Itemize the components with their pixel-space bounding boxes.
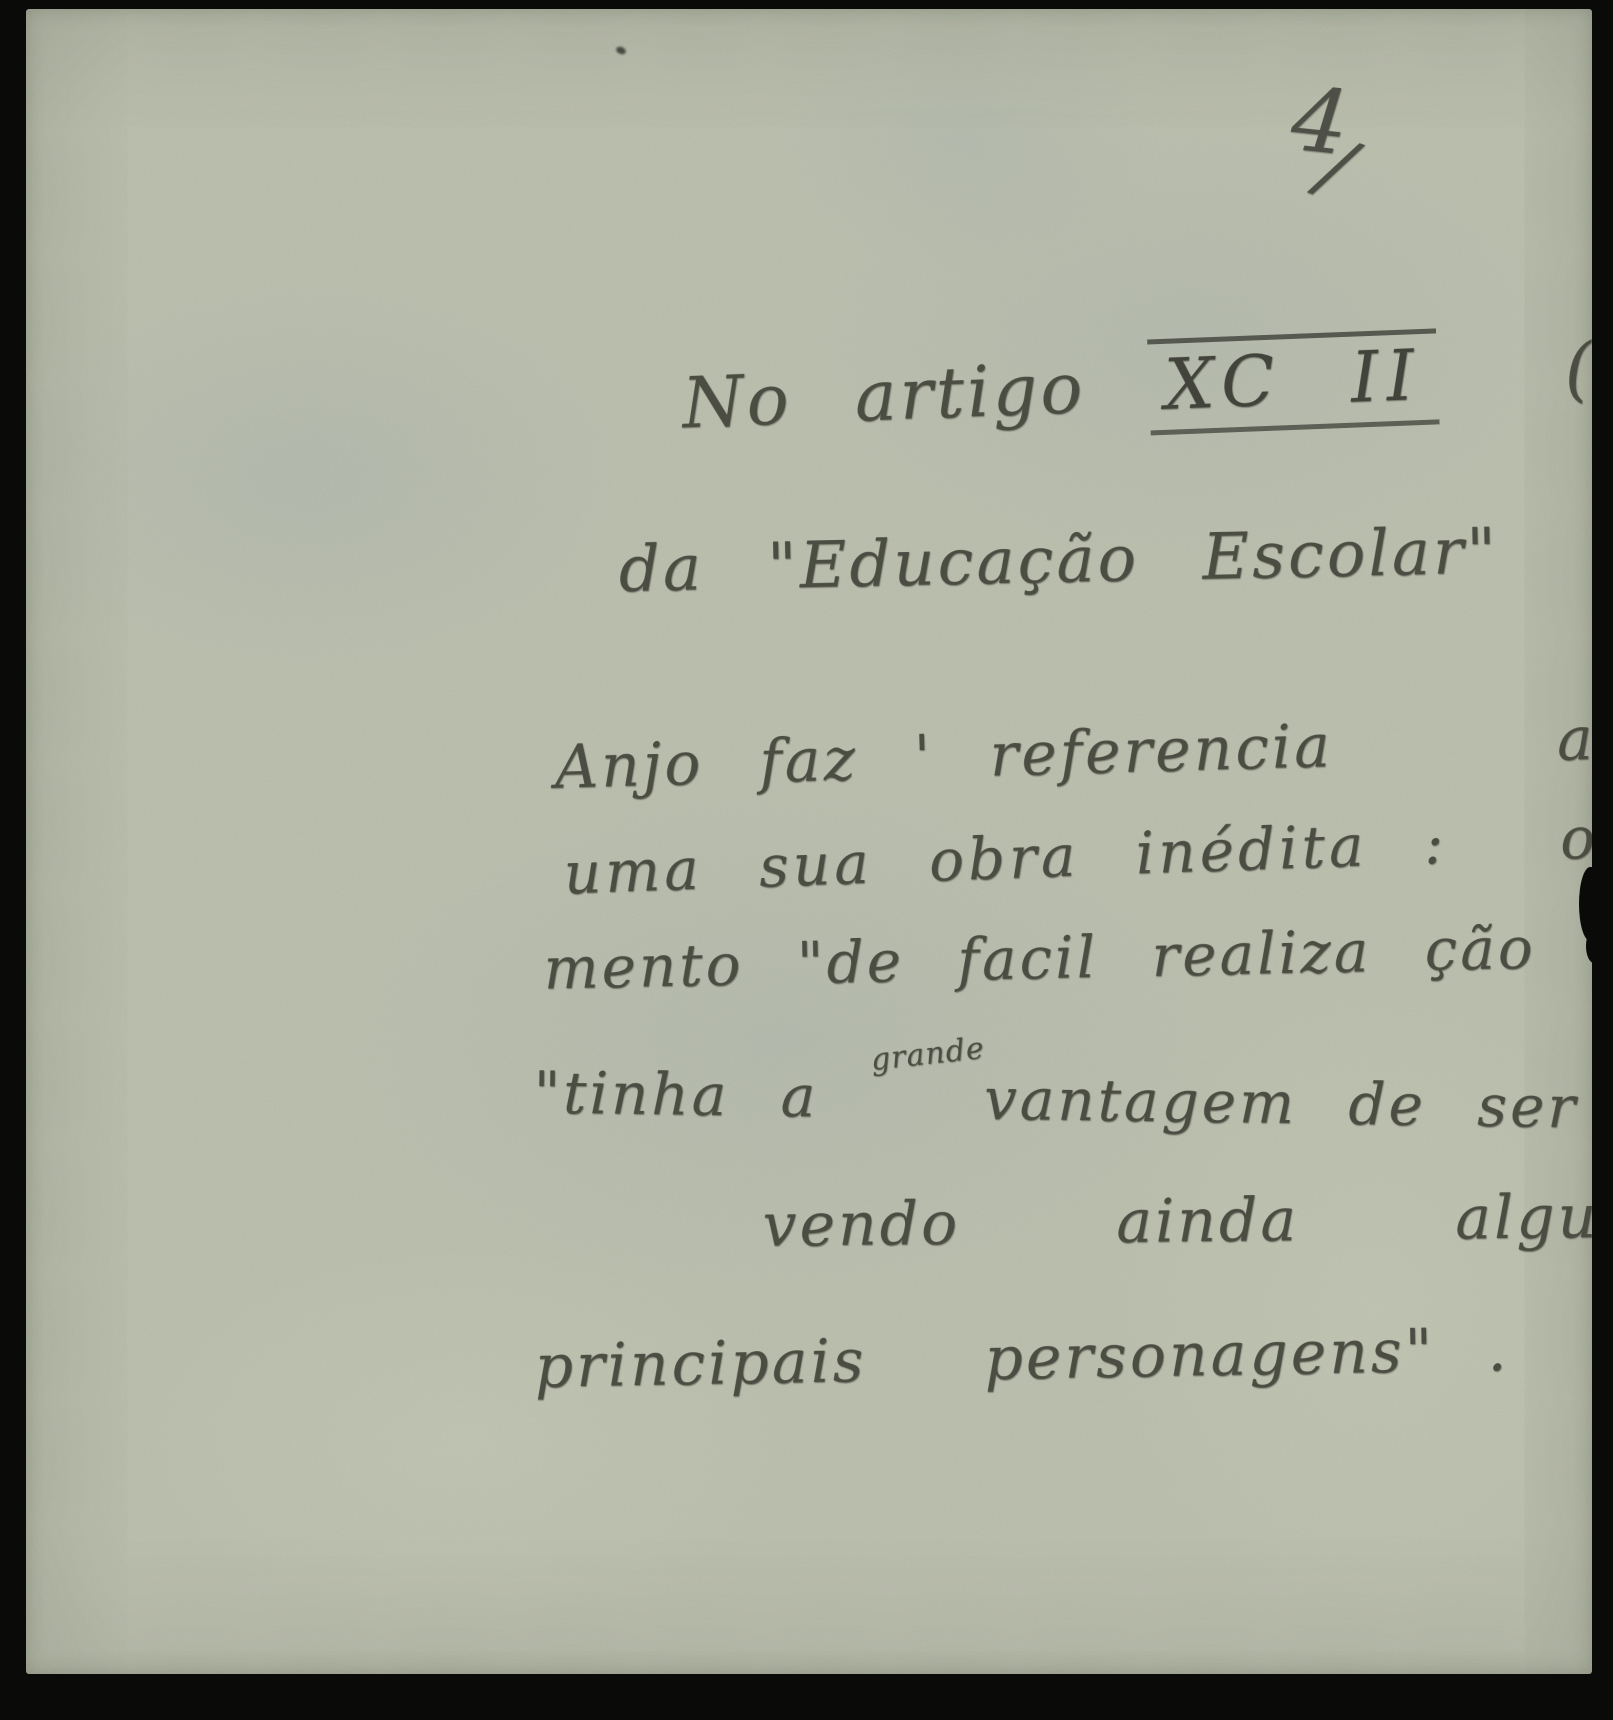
inserted-word-above-line: grande [869,1031,986,1078]
page-number: 4/ [1287,67,1380,178]
line5-text: mento "de facil realiza ção " e que [543,907,1592,1003]
manuscript-paper: 4/ No artigo XC II ( 25/4/32 ) da "Educa… [26,9,1592,1674]
line2-text: da "Educação Escolar" Cesar [618,506,1592,607]
scanned-document: 4/ No artigo XC II ( 25/4/32 ) da "Educa… [0,0,1613,1720]
ink-speck [615,45,627,55]
handwriting-line-8: principaispersonagens" . [116,1245,1511,1479]
underlined-roman-numeral: XC II [1147,328,1440,435]
line1-opening: No artigo [681,345,1150,445]
line1-date: ( 25/4/32 ) [1436,310,1592,415]
line8-opening: principais [534,1326,867,1402]
line8-closing: personagens" . [984,1315,1510,1394]
